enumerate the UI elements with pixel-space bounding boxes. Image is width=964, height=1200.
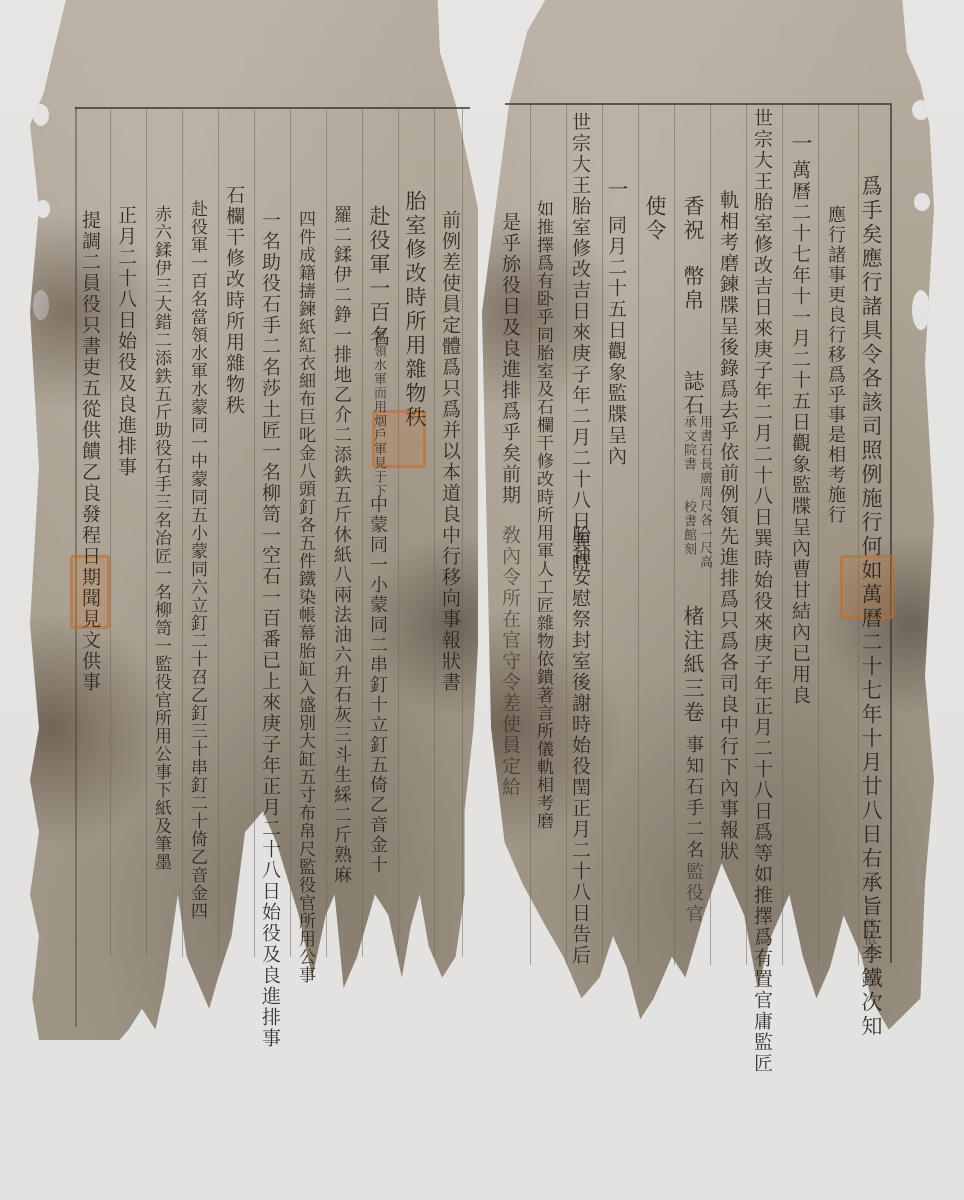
column-rule [182, 107, 183, 957]
annotation-column: 當領水軍而用烟戶軍見于下 [372, 330, 385, 498]
text-column: 空石一百番已上來庚子年正月二十八日始役及良進排事 [260, 545, 279, 1049]
text-column: 世宗大王胎室修改吉日來庚子年二月二十八日巽時始役來庚子年正月二十八日爲等如推擇爲… [752, 108, 771, 1074]
heading-column: 石欄干修改時所用雜物秩 [224, 185, 243, 416]
text-column: 幣帛 [682, 265, 703, 313]
text-column: 事知石手二名 [684, 735, 702, 861]
text-column: 軌相考磨鍊牒呈後錄爲去乎依前例領先進排爲只爲各司良中行下內事報狀 [718, 190, 737, 862]
text-column: 赴役軍一百名當領水軍水蒙同一中蒙同五小蒙同六立釘二十召乙釘三十串釘二十倚乙音金四 [188, 200, 205, 920]
frame-right-border [890, 103, 892, 963]
text-column: 使令 [644, 195, 665, 243]
column-rule [602, 105, 603, 965]
text-column: 監役官 [684, 862, 702, 925]
column-rule [566, 105, 567, 965]
text-column: 世宗大王胎室修改吉日來庚子年二月二十八日巽時 [570, 112, 589, 574]
column-rule [290, 107, 291, 957]
text-column: 提調二員役只書吏五從供饋乙良發程日期聞見文供事 [80, 210, 99, 693]
text-column: 前例差使員定體爲只爲并以本道良中行移向事報狀書 [440, 210, 459, 693]
annotation-column: 啓依允 [862, 918, 875, 960]
text-column: 如推擇爲有卧乎同胎室及石欄干修改時所用軍人工匠雜物依鐀著言所儀軌相考磨 [534, 200, 551, 830]
column-rule [530, 105, 531, 965]
text-column: 赤六鍒伊三大錯二添鉄五斤助役石手三名冶匠一名柳笥一監役官所用公事下紙及筆墨 [152, 205, 169, 871]
column-rule [362, 107, 363, 957]
text-column: 一名助役石手二名莎土匠一名柳笥一 [260, 210, 279, 546]
column-rule [746, 105, 747, 965]
text-column: 正月二十八日始役及良進排事 [116, 205, 135, 478]
text-column: 應行諸事更良行移爲乎事是相考施行 [826, 205, 844, 525]
heading-column: 胎室修改時所用雜物秩 [404, 190, 425, 430]
text-column: 中蒙同一小蒙同二串釘十立釘五倚乙音金十 [368, 495, 386, 875]
binding-hole [33, 290, 49, 320]
frame-top-left [75, 107, 470, 109]
text-column: 敎內令所在官守令差使員定給 [500, 525, 519, 798]
column-rule [146, 107, 147, 957]
annotation-column: 用書石長廣周尺各一尺高 [698, 415, 711, 569]
column-rule [110, 107, 111, 957]
text-column: 香祝 [682, 195, 703, 243]
column-rule [218, 107, 219, 957]
binding-hole [914, 193, 930, 211]
frame-top-right [505, 103, 890, 105]
column-rule [638, 105, 639, 965]
text-column: 四件成籍擣鍊紙紅衣細布巨叱金八頭釘各五件鐵染帳幕胎缸入盛別大缸五寸布帛尺監役官所… [296, 210, 313, 984]
text-column: 同月二十五日觀象監牒呈內 [606, 215, 625, 467]
text-column: 爲手矣應行諸具令各該司照例施行何如萬曆二十七年十月廿八日右承旨臣李鐵次知 [860, 175, 881, 1039]
text-column: 誌石 [682, 370, 703, 418]
column-rule [782, 105, 783, 965]
column-rule [434, 107, 435, 957]
item-marker: 一 [606, 178, 627, 202]
column-rule [254, 107, 255, 957]
annotation-column: 校書館刻 [682, 500, 695, 556]
column-rule [326, 107, 327, 957]
item-marker: 一 [790, 132, 811, 156]
text-column: 赴役軍一百名 [368, 205, 389, 349]
annotation-column: 承文院書 [682, 415, 695, 471]
column-rule [398, 107, 399, 957]
text-column: 胎神安慰祭封室後謝時始役閏正月二十八日告后 [570, 525, 589, 966]
text-column: 萬曆二十七年十一月二十五日觀象監牒呈內曹甘結內已用良 [790, 160, 809, 706]
text-column: 羅二鍒伊二錚一排地乙介二添鉄五斤休紙八兩法油六升石灰三斗生綵二斤熟麻 [332, 205, 350, 885]
text-column: 楮注紙三卷 [682, 605, 703, 725]
column-rule [462, 107, 463, 957]
column-rule [818, 105, 819, 965]
text-column: 是乎旀役日及良進排爲乎矣前期 [500, 212, 519, 506]
column-rule [674, 105, 675, 965]
